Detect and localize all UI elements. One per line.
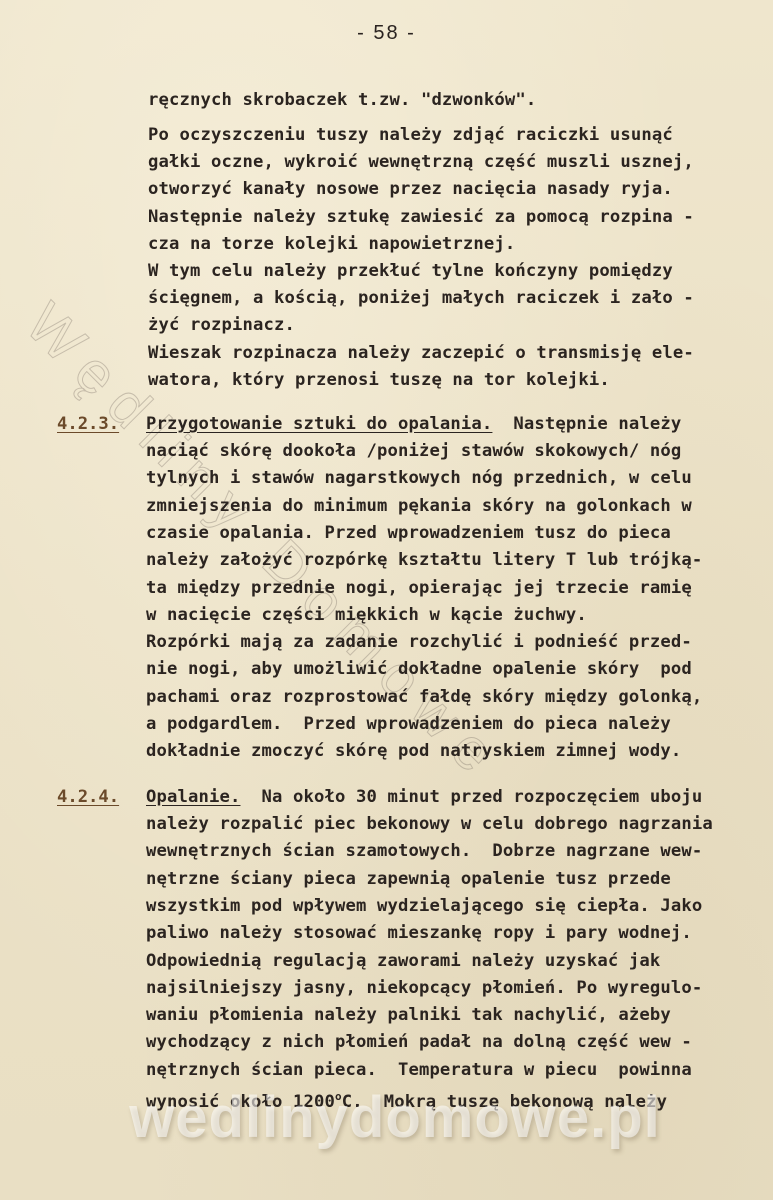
last-line-suffix: C. Mokrą tuszę bekonową należy: [342, 1092, 667, 1112]
text-line: należy założyć rozpórkę kształtu litery …: [146, 550, 702, 570]
text-line: należy rozpalić piec bekonowy w celu dob…: [146, 814, 713, 834]
section-title-4-2-3: Przygotowanie sztuki do opalania.: [146, 414, 492, 434]
text-line: tylnych i stawów nagarstkowych nóg przed…: [146, 468, 692, 488]
text-line: wychodzący z nich płomień padał na dolną…: [146, 1032, 692, 1052]
text-line: naciąć skórę dookoła /poniżej stawów sko…: [146, 441, 681, 461]
text-line: najsilniejszy jasny, niekopcący płomień.…: [146, 978, 702, 998]
page-number: - 58 -: [0, 22, 773, 45]
intro-line: ręcznych skrobaczek t.zw. "dzwonków".: [148, 90, 536, 110]
text-line: czasie opalania. Przed wprowadzeniem tus…: [146, 523, 671, 543]
text-line: wszystkim pod wpływem wydzielającego się…: [146, 896, 702, 916]
text-line: otworzyć kanały nosowe przez nacięcia na…: [148, 179, 673, 199]
text-line: zmniejszenia do minimum pękania skóry na…: [146, 496, 692, 516]
text-line: waniu płomienia należy palniki tak nachy…: [146, 1005, 671, 1025]
degree-sign: o: [335, 1090, 342, 1103]
section-number-4-2-3: 4.2.3.: [57, 414, 119, 434]
scanned-page: Wędliny Domowe - 58 - ręcznych skrobacze…: [0, 0, 773, 1200]
section-first-line-4-2-3: Następnie należy: [492, 414, 681, 434]
text-line: Po oczyszczeniu tuszy należy zdjąć racic…: [148, 125, 673, 145]
text-line: pachami oraz rozprostować fałdę skóry mi…: [146, 687, 702, 707]
text-line: nętrznych ścian pieca. Temperatura w pie…: [146, 1060, 692, 1080]
page-number-text: - 58 -: [357, 22, 416, 45]
section-number-4-2-4: 4.2.4.: [57, 787, 119, 807]
section-last-line-4-2-4: wynosić około 1200oC. Mokrą tuszę bekono…: [146, 1087, 667, 1112]
text-line: Odpowiednią regulacją zaworami należy uz…: [146, 951, 660, 971]
text-line: W tym celu należy przekłuć tylne kończyn…: [148, 261, 673, 281]
text-line: ścięgnem, a kością, poniżej małych racic…: [148, 288, 694, 308]
text-line: gałki oczne, wykroić wewnętrzną część mu…: [148, 152, 694, 172]
section-heading-4-2-4: Opalanie. Na około 30 minut przed rozpoc…: [146, 787, 702, 807]
text-line: a podgardlem. Przed wprowadzeniem do pie…: [146, 714, 671, 734]
text-line: nie nogi, aby umożliwić dokładne opaleni…: [146, 659, 692, 679]
section-heading-4-2-3: Przygotowanie sztuki do opalania. Następ…: [146, 414, 681, 434]
text-line: ta między przednie nogi, opierając jej t…: [146, 578, 692, 598]
text-line: watora, który przenosi tuszę na tor kole…: [148, 370, 610, 390]
text-line: żyć rozpinacz.: [148, 315, 295, 335]
text-line: w nacięcie części miękkich w kącie żuchw…: [146, 605, 587, 625]
text-line: paliwo należy stosować mieszankę ropy i …: [146, 923, 692, 943]
temperature-text: wynosić około 1200: [146, 1092, 335, 1112]
text-line: wewnętrznych ścian szamotowych. Dobrze n…: [146, 841, 702, 861]
text-line: nętrzne ściany pieca zapewnią opalenie t…: [146, 869, 671, 889]
section-first-line-4-2-4: Na około 30 minut przed rozpoczęciem ubo…: [240, 787, 702, 807]
text-line: Rozpórki mają za zadanie rozchylić i pod…: [146, 632, 692, 652]
section-title-4-2-4: Opalanie.: [146, 787, 240, 807]
text-line: Następnie należy sztukę zawiesić za pomo…: [148, 207, 694, 227]
text-line: cza na torze kolejki napowietrznej.: [148, 234, 515, 254]
text-line: dokładnie zmoczyć skórę pod natryskiem z…: [146, 741, 681, 761]
text-line: Wieszak rozpinacza należy zaczepić o tra…: [148, 343, 694, 363]
